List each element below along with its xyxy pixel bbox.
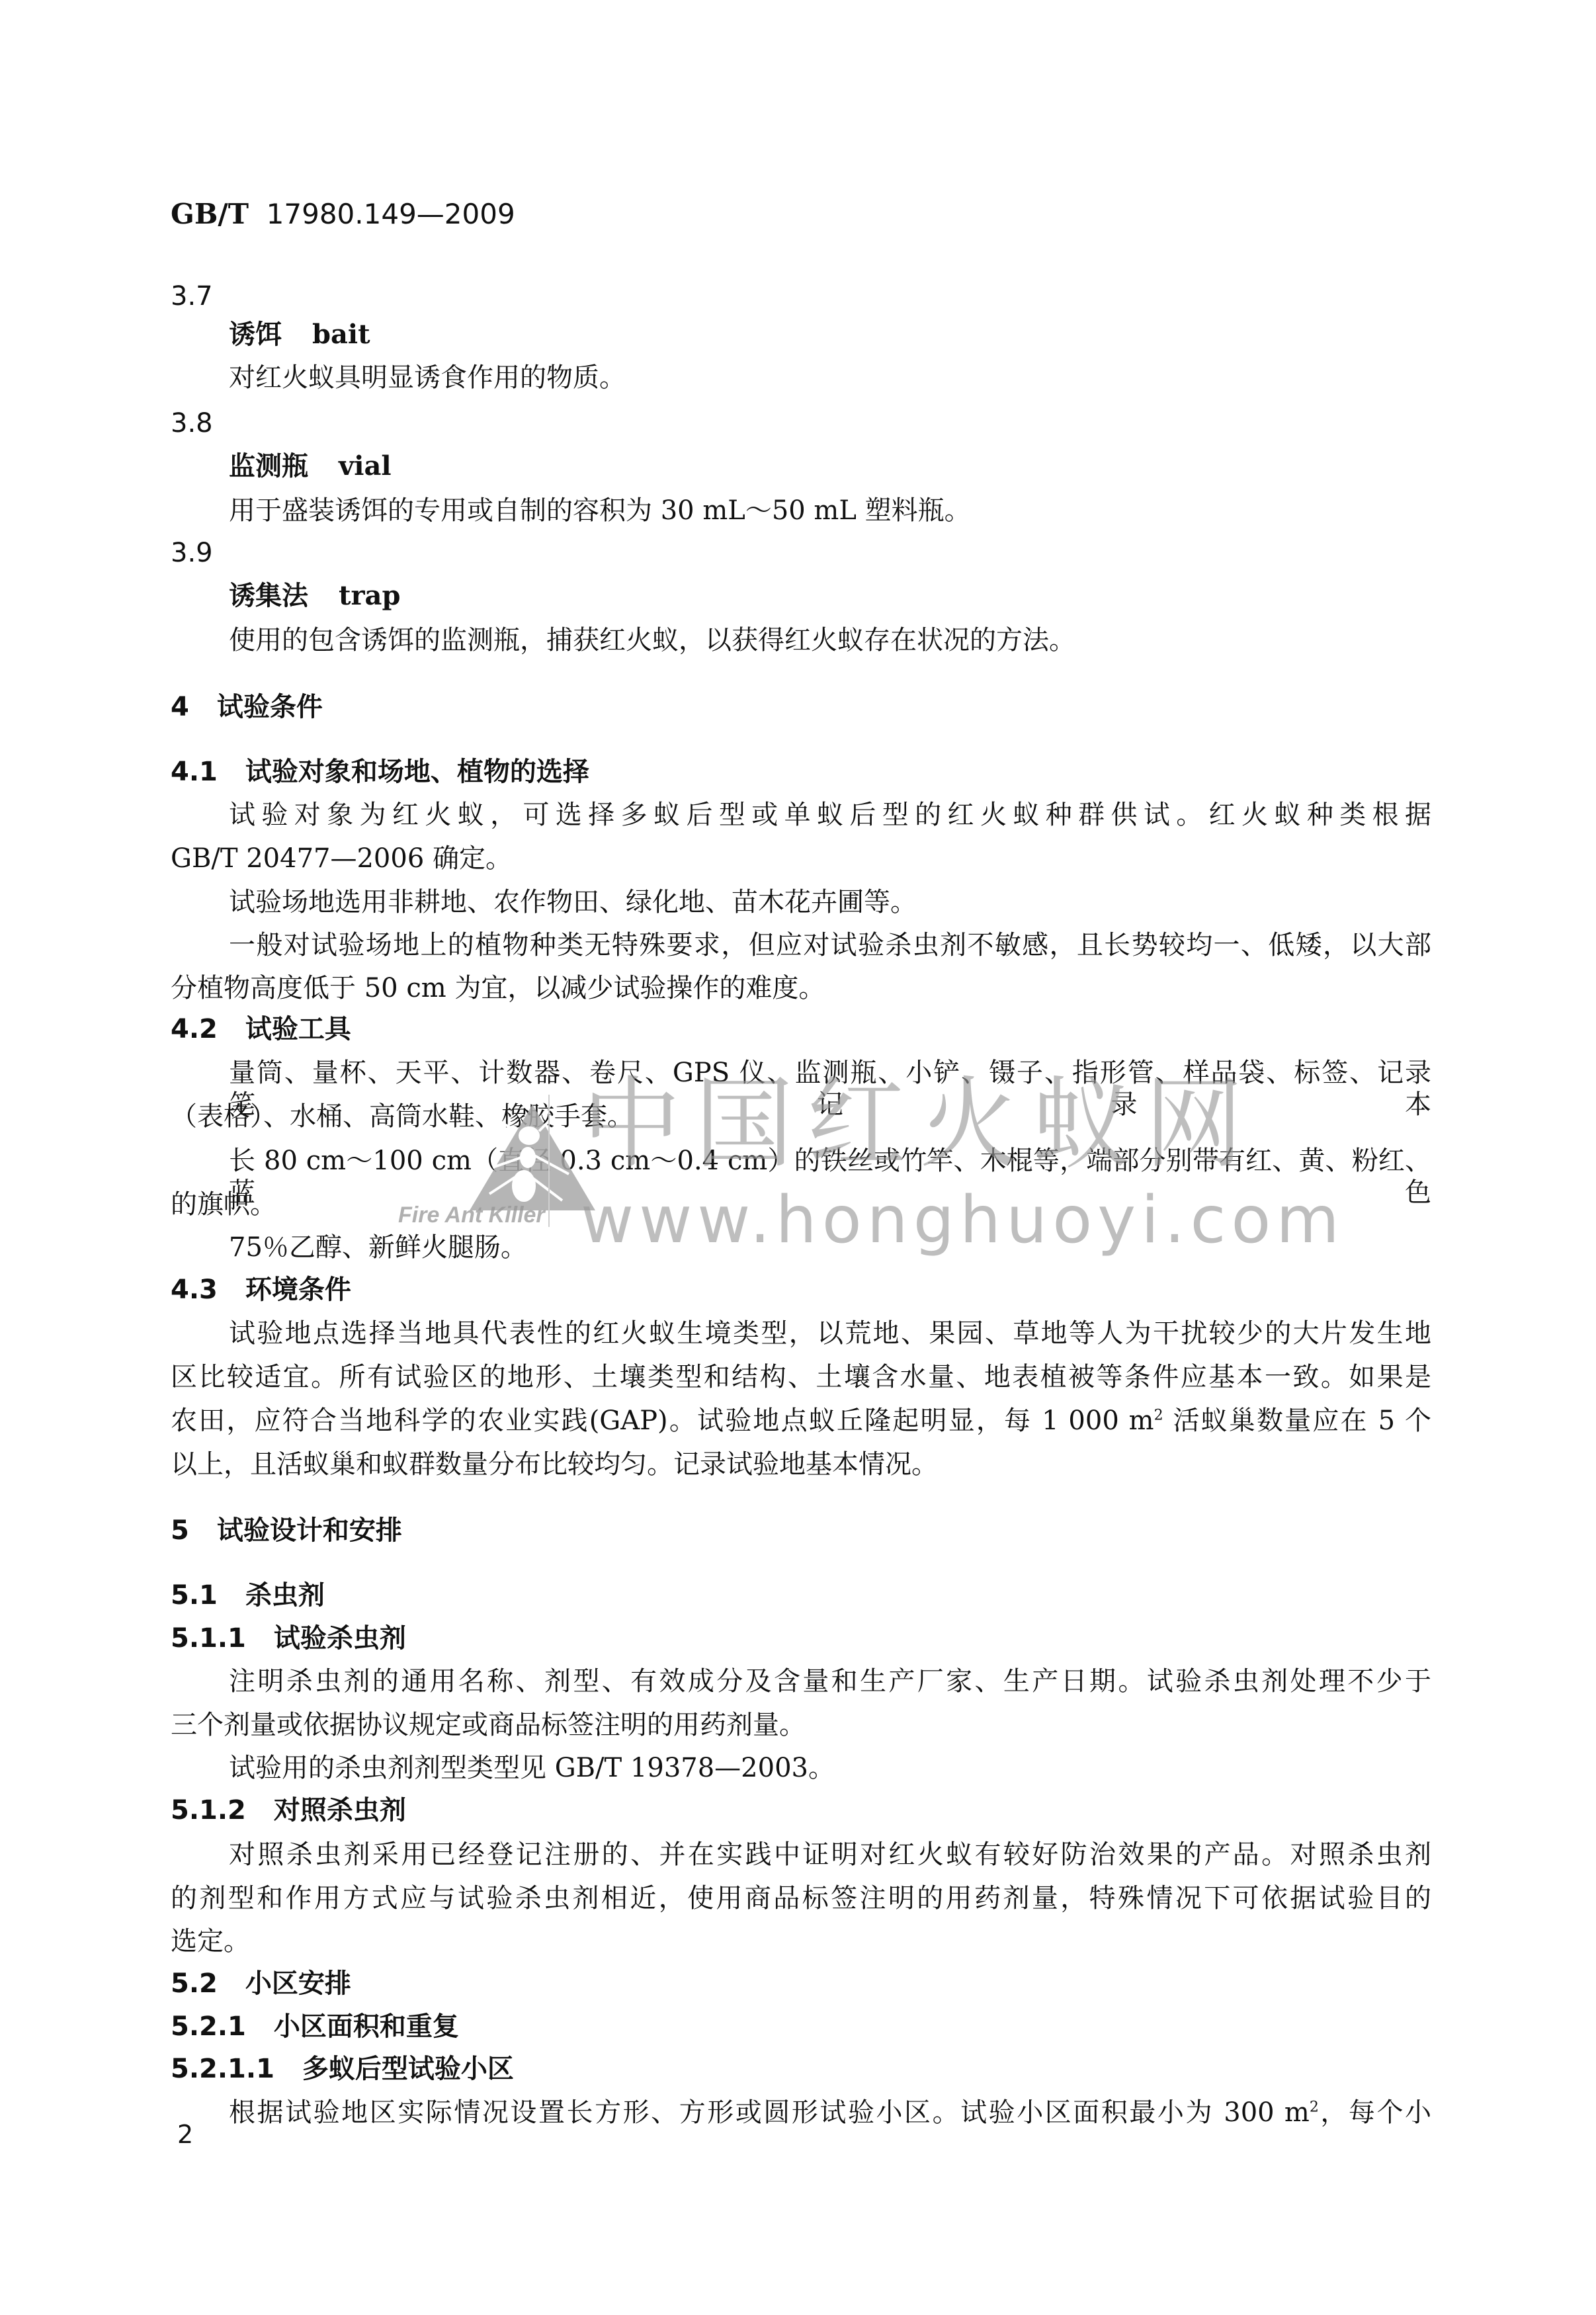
term-en: trap — [339, 580, 400, 611]
paragraph-line: 区比较适宜。所有试验区的地形、土壤类型和结构、土壤含水量、地表植被等条件应基本一… — [171, 1361, 1431, 1393]
section-number: 4.1 — [171, 757, 218, 787]
section-number: 4.3 — [171, 1275, 218, 1305]
term-heading-trap: 诱集法trap — [229, 580, 400, 612]
section-title: 多蚁后型试验小区 — [302, 2054, 514, 2084]
section-title: 小区安排 — [245, 1968, 351, 1999]
term-definition-vial: 用于盛装诱饵的专用或自制的容积为 30 mL～50 mL 塑料瓶。 — [229, 495, 971, 526]
term-en: vial — [339, 450, 392, 482]
section-number: 5.1 — [171, 1580, 218, 1611]
section-heading-5: 5试验设计和安排 — [171, 1515, 402, 1546]
text-run: 活蚁巢数量应在 5 个 — [1163, 1406, 1431, 1436]
paragraph-line: 分植物高度低于 50 cm 为宜，以减少试验操作的难度。 — [171, 972, 825, 1004]
standard-number: 17980.149—2009 — [267, 198, 515, 230]
term-en: bait — [312, 319, 370, 350]
paragraph-line: 试验场地选用非耕地、农作物田、绿化地、苗木花卉圃等。 — [229, 886, 917, 918]
term-definition-bait: 对红火蚁具明显诱食作用的物质。 — [229, 362, 626, 394]
paragraph-line: 农田，应符合当地科学的农业实践(GAP)。试验地点蚁丘隆起明显，每 1 000 … — [171, 1405, 1431, 1437]
document-page: GB/T 17980.149—2009 3.7 诱饵bait 对红火蚁具明显诱食… — [0, 0, 1596, 2315]
section-title: 试验设计和安排 — [217, 1515, 402, 1546]
term-cn: 诱集法 — [229, 581, 308, 611]
section-heading-5-2-1-1: 5.2.1.1多蚁后型试验小区 — [171, 2053, 514, 2085]
section-heading-5-1-1: 5.1.1试验杀虫剂 — [171, 1622, 406, 1654]
section-heading-5-1-2: 5.1.2对照杀虫剂 — [171, 1794, 406, 1826]
standard-prefix: GB/T — [171, 198, 249, 230]
watermark-url: www.honghuoyi.com — [581, 1184, 1345, 1257]
paragraph-line: GB/T 20477—2006 确定。 — [171, 843, 512, 874]
section-number: 5 — [171, 1515, 189, 1546]
superscript: 2 — [1310, 2099, 1319, 2116]
section-heading-4: 4试验条件 — [171, 691, 323, 723]
section-title: 试验杀虫剂 — [274, 1623, 406, 1654]
section-title: 环境条件 — [245, 1275, 351, 1305]
section-number: 5.1.2 — [171, 1795, 246, 1826]
clause-number-3-8: 3.8 — [171, 407, 213, 439]
section-heading-4-2: 4.2试验工具 — [171, 1013, 351, 1045]
section-number: 5.2 — [171, 1968, 218, 1999]
section-heading-4-1: 4.1试验对象和场地、植物的选择 — [171, 756, 589, 788]
text-run: 农田，应符合当地科学的农业实践(GAP)。试验地点蚁丘隆起明显，每 1 000 … — [171, 1406, 1154, 1436]
paragraph-line: 选定。 — [171, 1925, 250, 1957]
section-heading-5-2-1: 5.2.1小区面积和重复 — [171, 2011, 459, 2042]
section-heading-4-3: 4.3环境条件 — [171, 1274, 351, 1306]
term-definition-trap: 使用的包含诱饵的监测瓶，捕获红火蚁，以获得红火蚁存在状况的方法。 — [229, 624, 1075, 656]
paragraph-line: 注明杀虫剂的通用名称、剂型、有效成分及含量和生产厂家、生产日期。试验杀虫剂处理不… — [229, 1665, 1431, 1697]
section-number: 5.1.1 — [171, 1623, 246, 1654]
paragraph-line: 试验地点选择当地具代表性的红火蚁生境类型，以荒地、果园、草地等人为干扰较少的大片… — [229, 1318, 1431, 1349]
paragraph-line: 三个剂量或依据协议规定或商品标签注明的用药剂量。 — [171, 1709, 806, 1741]
paragraph-line: 试验用的杀虫剂剂型类型见 GB/T 19378—2003。 — [229, 1752, 835, 1784]
term-cn: 诱饵 — [229, 319, 282, 350]
watermark-brand: Fire Ant Killer — [398, 1202, 545, 1228]
paragraph-line: 对照杀虫剂采用已经登记注册的、并在实践中证明对红火蚁有较好防治效果的产品。对照杀… — [229, 1839, 1431, 1871]
section-title: 杀虫剂 — [245, 1580, 325, 1611]
clause-number-3-7: 3.7 — [171, 280, 213, 312]
section-title: 对照杀虫剂 — [274, 1795, 406, 1826]
paragraph-line: 的旗帜。 — [171, 1189, 276, 1220]
paragraph-line: 的剂型和作用方式应与试验杀虫剂相近，使用商品标签注明的用药剂量，特殊情况下可依据… — [171, 1882, 1431, 1914]
paragraph-line: 一般对试验场地上的植物种类无特殊要求，但应对试验杀虫剂不敏感，且长势较均一、低矮… — [229, 929, 1431, 961]
section-heading-5-2: 5.2小区安排 — [171, 1968, 351, 1999]
section-title: 试验条件 — [217, 692, 323, 722]
section-title: 试验对象和场地、植物的选择 — [245, 757, 589, 787]
page-number: 2 — [177, 2120, 193, 2149]
watermark-site-name: 中国红火蚁网 — [582, 1072, 1257, 1177]
watermark-divider — [548, 1095, 550, 1227]
text-run: 根据试验地区实际情况设置长方形、方形或圆形试验小区。试验小区面积最小为 300 … — [229, 2097, 1310, 2128]
term-cn: 监测瓶 — [229, 451, 308, 482]
term-heading-bait: 诱饵bait — [229, 319, 370, 351]
section-title: 试验工具 — [245, 1014, 351, 1044]
section-number: 5.2.1.1 — [171, 2054, 274, 2084]
section-number: 4 — [171, 692, 189, 722]
standard-code-header: GB/T 17980.149—2009 — [171, 198, 515, 230]
section-title: 小区面积和重复 — [274, 2011, 459, 2042]
paragraph-line: 根据试验地区实际情况设置长方形、方形或圆形试验小区。试验小区面积最小为 300 … — [229, 2097, 1431, 2128]
section-heading-5-1: 5.1杀虫剂 — [171, 1579, 325, 1611]
text-run: ，每个小 — [1319, 2097, 1431, 2128]
section-number: 5.2.1 — [171, 2011, 246, 2042]
paragraph-line: 试验对象为红火蚁，可选择多蚁后型或单蚁后型的红火蚁种群供试。红火蚁种类根据 — [229, 799, 1431, 831]
section-number: 4.2 — [171, 1014, 218, 1044]
superscript: 2 — [1154, 1408, 1163, 1424]
clause-number-3-9: 3.9 — [171, 537, 213, 569]
term-heading-vial: 监测瓶vial — [229, 450, 392, 482]
paragraph-line: 以上，且活蚁巢和蚁群数量分布比较均匀。记录试验地基本情况。 — [171, 1449, 938, 1480]
